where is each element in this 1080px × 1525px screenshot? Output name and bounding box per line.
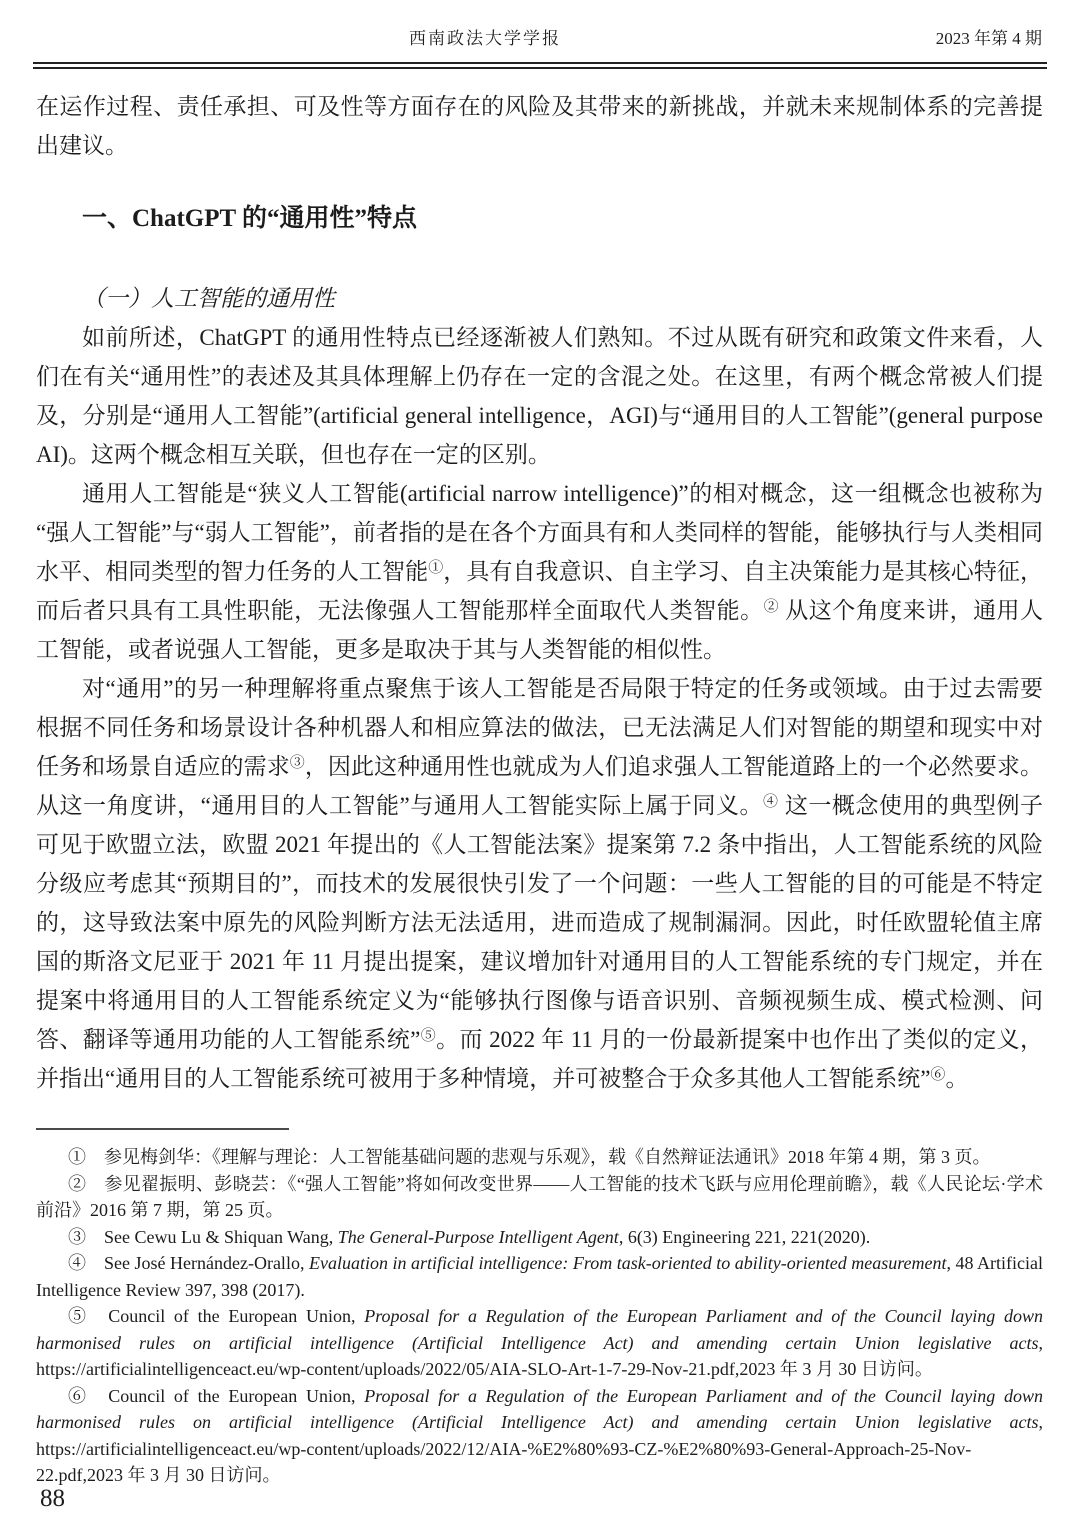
footnote-item: ③See Cewu Lu & Shiquan Wang, The General… <box>36 1224 1043 1251</box>
footnote-ref: ⑤ <box>420 1028 436 1044</box>
page-header: 西南政法大学学报 2023 年第 4 期 <box>36 0 1044 62</box>
footnote-item: ④See José Hernández-Orallo, Evaluation i… <box>36 1250 1043 1303</box>
text-run: 。 <box>945 1066 968 1091</box>
text-run: See Cewu Lu & Shiquan Wang, <box>104 1227 338 1247</box>
text-run: 参见梅剑华：《理解与理论：人工智能基础问题的悲观与乐观》，载《自然辩证法通讯》2… <box>104 1147 991 1167</box>
italic-citation-title: Evaluation in artificial intelligence: F… <box>309 1253 947 1273</box>
footnote-item: ①参见梅剑华：《理解与理论：人工智能基础问题的悲观与乐观》，载《自然辩证法通讯》… <box>36 1144 1043 1171</box>
text-run: See José Hernández-Orallo, <box>104 1253 309 1273</box>
text-run: 这一概念使用的典型例子可见于欧盟立法，欧盟 2021 年提出的《人工智能法案》提… <box>36 793 1043 1052</box>
journal-page: 西南政法大学学报 2023 年第 4 期 在运作过程、责任承担、可及性等方面存在… <box>0 0 1080 1525</box>
text-run: , 6(3) Engineering 221, 221(2020). <box>619 1227 870 1247</box>
page-number: 88 <box>40 1485 65 1513</box>
text-run: Council of the European Union, <box>108 1306 364 1326</box>
footnote-marker: ② <box>68 1174 86 1194</box>
text-run: 在运作过程、责任承担、可及性等方面存在的风险及其带来的新挑战，并就未来规制体系的… <box>36 94 1043 158</box>
footnote-item: ②参见翟振明、彭晓芸：《“强人工智能”将如何改变世界——人工智能的技术飞跃与应用… <box>36 1171 1043 1224</box>
text-run: 如前所述，ChatGPT 的通用性特点已经逐渐被人们熟知。不过从既有研究和政策文… <box>36 325 1043 467</box>
intro-paragraph: 在运作过程、责任承担、可及性等方面存在的风险及其带来的新挑战，并就未来规制体系的… <box>36 87 1043 165</box>
journal-title: 西南政法大学学报 <box>36 24 934 49</box>
footnote-marker: ④ <box>68 1253 86 1273</box>
footnote-ref: ① <box>428 560 443 576</box>
paragraph-list: 如前所述，ChatGPT 的通用性特点已经逐渐被人们熟知。不过从既有研究和政策文… <box>36 318 1043 1098</box>
body-paragraph: 如前所述，ChatGPT 的通用性特点已经逐渐被人们熟知。不过从既有研究和政策文… <box>36 318 1043 474</box>
subsection-heading: （一）人工智能的通用性 <box>82 279 1043 318</box>
body-paragraph: 对“通用”的另一种理解将重点聚焦于该人工智能是否局限于特定的任务或领域。由于过去… <box>36 669 1043 1098</box>
footnote-marker: ③ <box>68 1227 86 1247</box>
footnote-marker: ⑥ <box>68 1386 90 1406</box>
footnote-marker: ① <box>68 1147 86 1167</box>
footnote-ref: ④ <box>763 794 779 810</box>
article-body: 在运作过程、责任承担、可及性等方面存在的风险及其带来的新挑战，并就未来规制体系的… <box>36 87 1043 1098</box>
section-heading: 一、ChatGPT 的“通用性”特点 <box>82 203 1043 235</box>
footnote-item: ⑥Council of the European Union, Proposal… <box>36 1383 1043 1489</box>
text-run: Council of the European Union, <box>108 1386 364 1406</box>
body-paragraph: 通用人工智能是“狭义人工智能(artificial narrow intelli… <box>36 474 1043 669</box>
footnote-ref: ③ <box>290 755 305 771</box>
issue-label: 2023 年第 4 期 <box>936 24 1042 49</box>
text-run: 参见翟振明、彭晓芸：《“强人工智能”将如何改变世界——人工智能的技术飞跃与应用伦… <box>36 1174 1043 1221</box>
footnotes-section: ①参见梅剑华：《理解与理论：人工智能基础问题的悲观与乐观》，载《自然辩证法通讯》… <box>36 1128 1043 1489</box>
footnote-item: ⑤Council of the European Union, Proposal… <box>36 1303 1043 1383</box>
italic-citation-title: The General-Purpose Intelligent Agent <box>338 1227 619 1247</box>
header-divider <box>33 62 1047 69</box>
footnote-divider <box>36 1128 289 1130</box>
footnote-marker: ⑤ <box>68 1306 90 1326</box>
footnote-ref: ② <box>764 599 779 615</box>
footnote-list: ①参见梅剑华：《理解与理论：人工智能基础问题的悲观与乐观》，载《自然辩证法通讯》… <box>36 1144 1043 1489</box>
footnote-ref: ⑥ <box>930 1067 945 1083</box>
